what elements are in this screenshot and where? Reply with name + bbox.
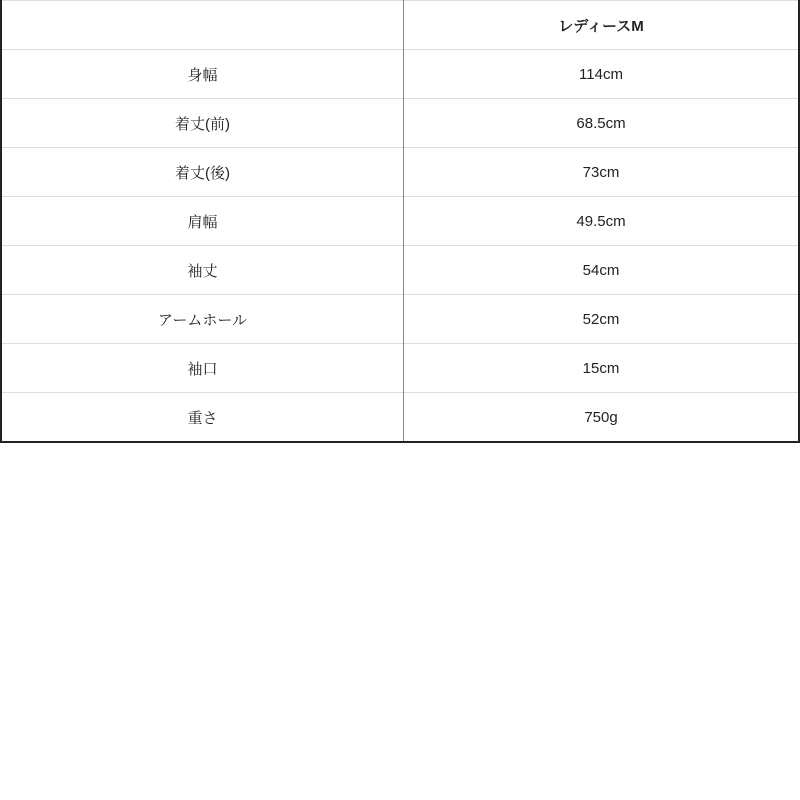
- row-value-cell: 52cm: [404, 295, 800, 344]
- row-label-cell: 重さ: [1, 393, 404, 443]
- row-value-cell: 750g: [404, 393, 800, 443]
- row-label-cell: 袖口: [1, 344, 404, 393]
- row-label-cell: 着丈(後): [1, 148, 404, 197]
- table-head: レディースM: [1, 1, 799, 50]
- row-value-cell: 73cm: [404, 148, 800, 197]
- table-row: 袖丈 54cm: [1, 246, 799, 295]
- row-label-cell: 着丈(前): [1, 99, 404, 148]
- row-value-cell: 114cm: [404, 50, 800, 99]
- row-value-cell: 68.5cm: [404, 99, 800, 148]
- header-empty-cell: [1, 1, 404, 50]
- table-row: 着丈(後) 73cm: [1, 148, 799, 197]
- size-spec-table: レディースM 身幅 114cm 着丈(前) 68.5cm 着丈(後) 73cm …: [0, 0, 800, 443]
- row-value-cell: 54cm: [404, 246, 800, 295]
- table-header-row: レディースM: [1, 1, 799, 50]
- table-row: 着丈(前) 68.5cm: [1, 99, 799, 148]
- table-row: 身幅 114cm: [1, 50, 799, 99]
- table-row: アームホール 52cm: [1, 295, 799, 344]
- table-row: 袖口 15cm: [1, 344, 799, 393]
- row-label-cell: 袖丈: [1, 246, 404, 295]
- page-canvas: レディースM 身幅 114cm 着丈(前) 68.5cm 着丈(後) 73cm …: [0, 0, 800, 800]
- header-size-cell: レディースM: [404, 1, 800, 50]
- row-label-cell: アームホール: [1, 295, 404, 344]
- row-label-cell: 身幅: [1, 50, 404, 99]
- row-label-cell: 肩幅: [1, 197, 404, 246]
- row-value-cell: 15cm: [404, 344, 800, 393]
- row-value-cell: 49.5cm: [404, 197, 800, 246]
- table-row: 重さ 750g: [1, 393, 799, 443]
- table-body: 身幅 114cm 着丈(前) 68.5cm 着丈(後) 73cm 肩幅 49.5…: [1, 50, 799, 443]
- table-row: 肩幅 49.5cm: [1, 197, 799, 246]
